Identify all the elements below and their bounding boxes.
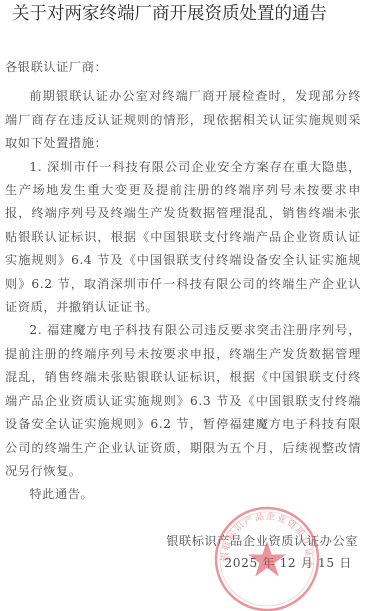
- intro-paragraph: 前期银联认证办公室对终端厂商开展检查时，发现部分终端厂商存在违反认证规则的情形，…: [5, 85, 361, 155]
- issue-date: 2025 年 12 月 15 日: [140, 552, 360, 574]
- salutation: 各银联认证厂商：: [5, 56, 361, 79]
- document-body: 各银联认证厂商： 前期银联认证办公室对终端厂商开展检查时，发现部分终端厂商存在违…: [5, 56, 361, 507]
- issuing-organization: 银联标识产品企业资质认证办公室: [140, 530, 360, 552]
- measure-1-paragraph: 1. 深圳市仟一科技有限公司企业安全方案存在重大隐患，生产场地发生重大变更及提前…: [5, 156, 361, 320]
- measure-2-paragraph: 2. 福建魔方电子科技有限公司违反要求突击注册序列号，提前注册的终端序列号未按要…: [5, 319, 361, 483]
- closing-paragraph: 特此通告。: [5, 483, 361, 506]
- signature-block: 银联标识产品企业资质认证办公室 2025 年 12 月 15 日: [140, 530, 360, 574]
- document-title: 关于对两家终端厂商开展资质处置的通告: [12, 2, 362, 26]
